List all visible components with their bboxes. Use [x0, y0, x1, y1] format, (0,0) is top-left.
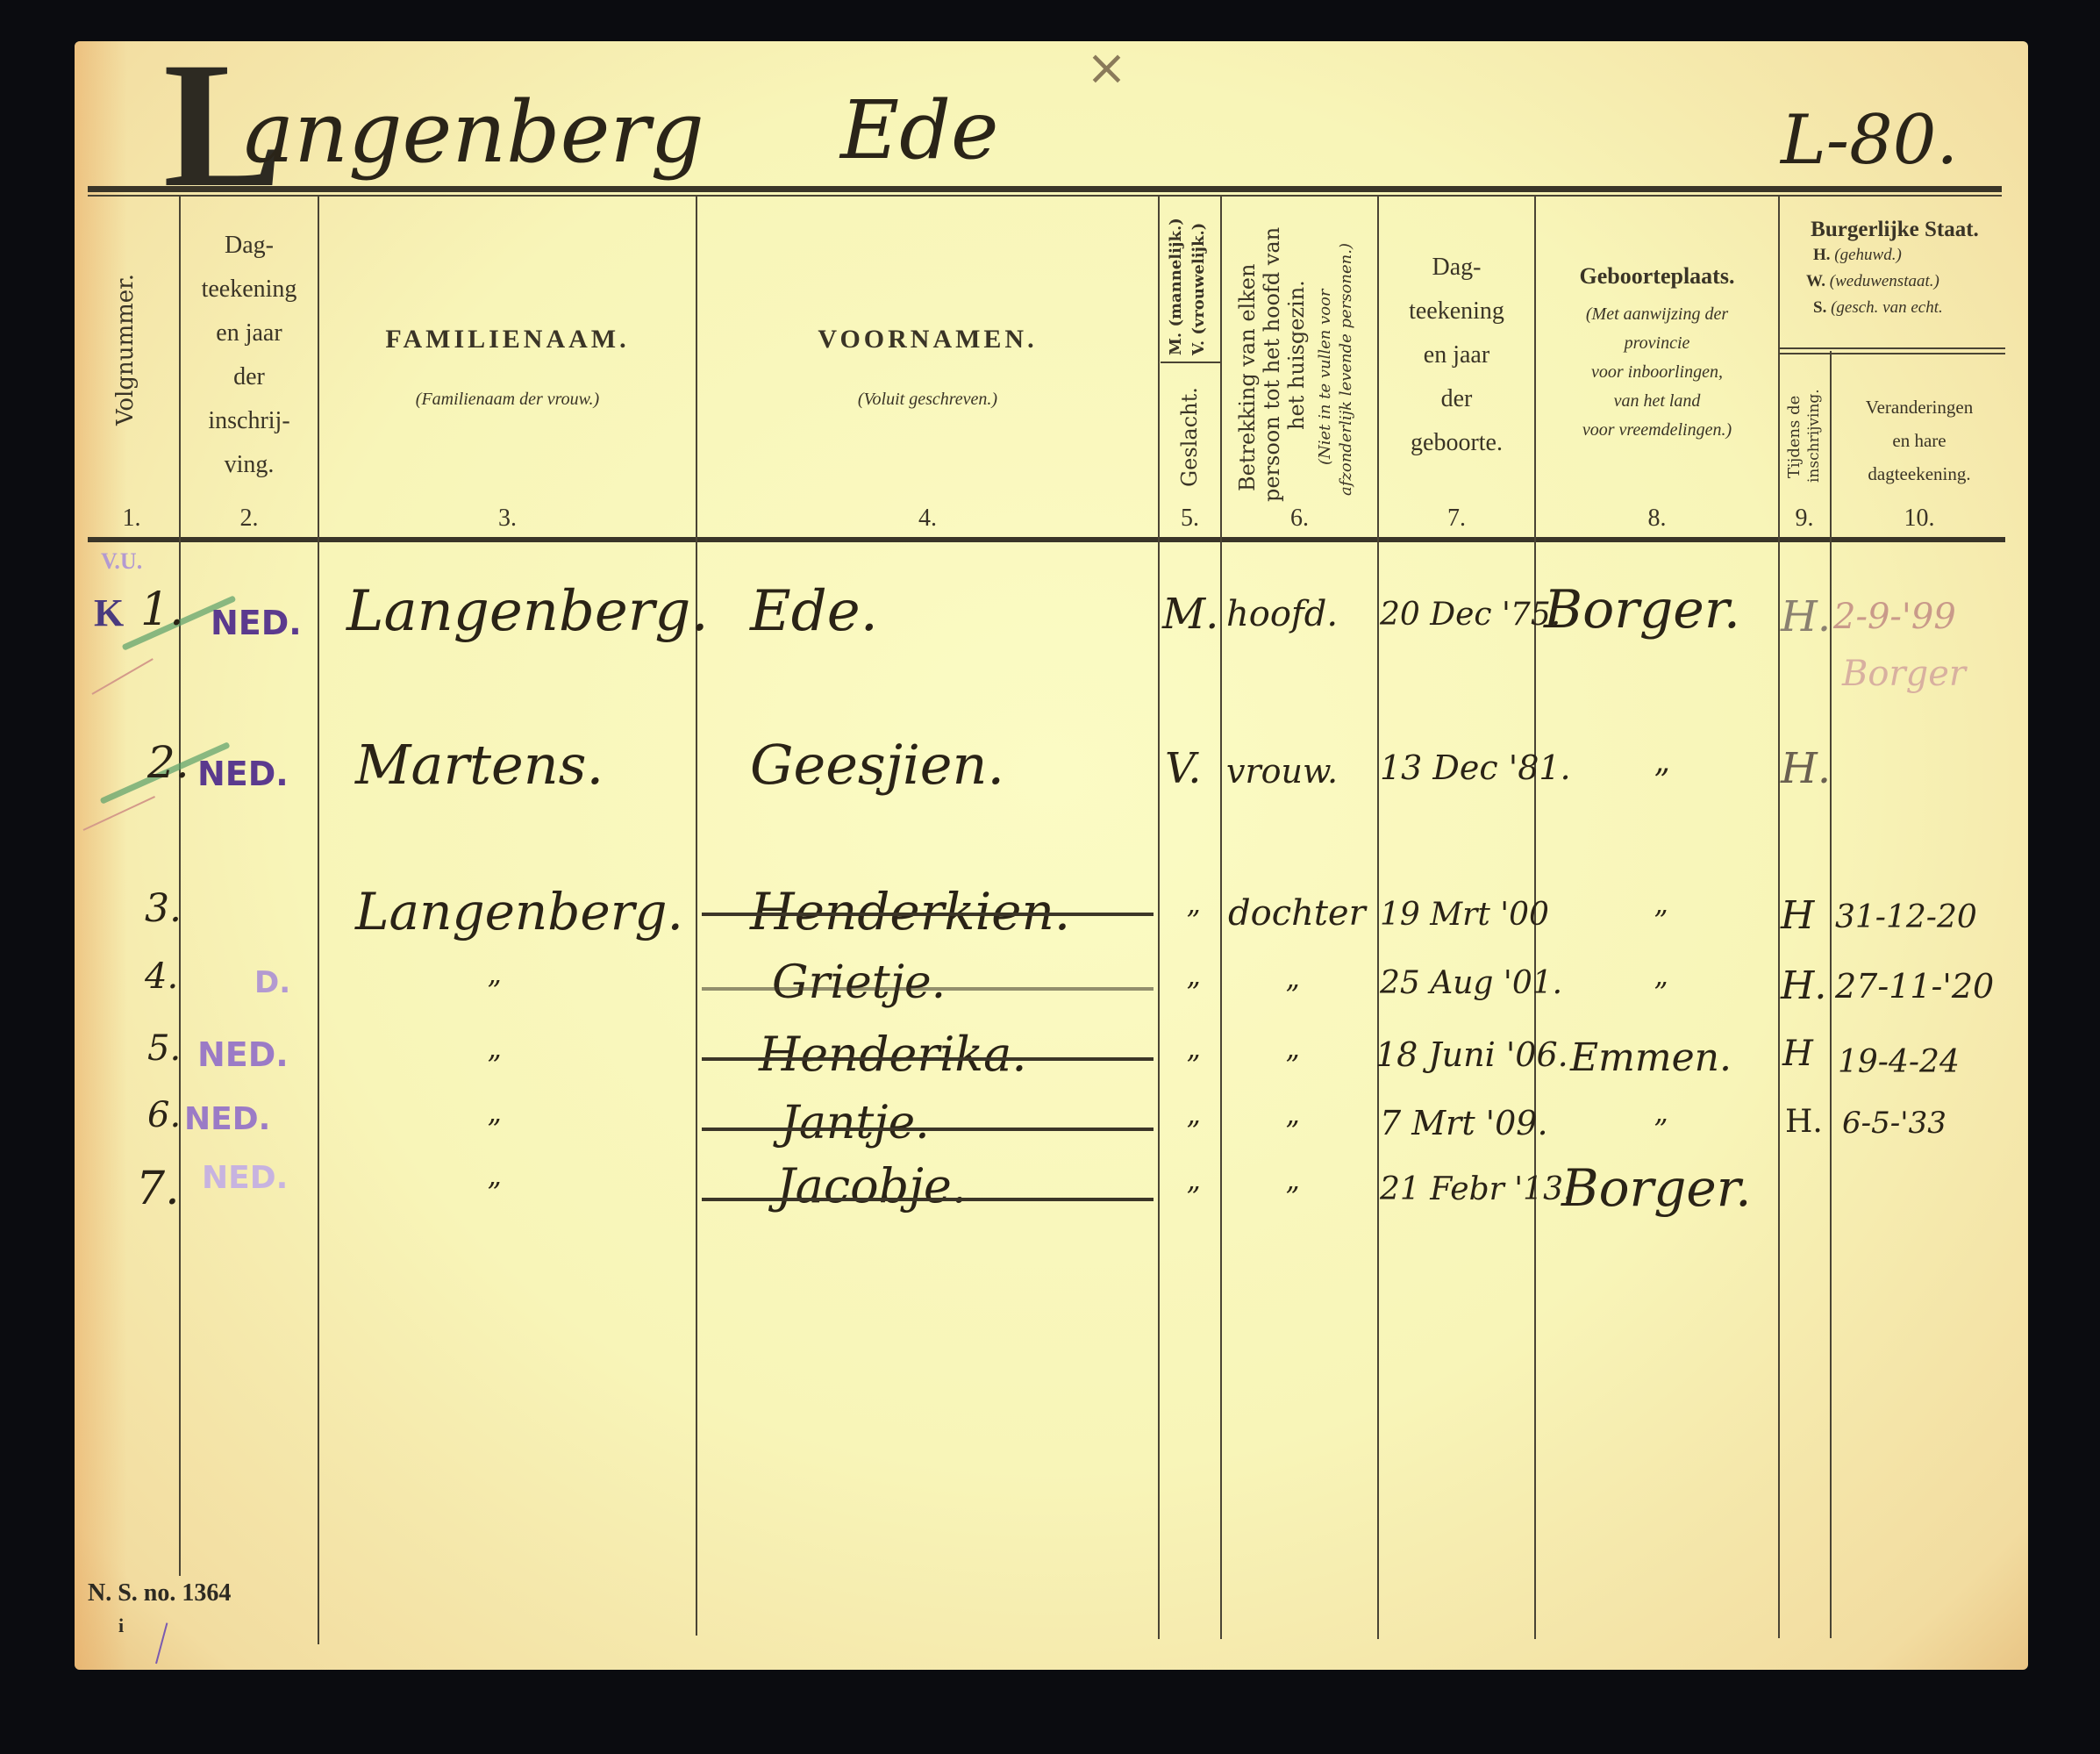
- row-5-stamp: NED.: [197, 1035, 289, 1074]
- header-line: Veranderingen: [1832, 390, 2007, 424]
- row-6-number: 6.: [147, 1095, 181, 1135]
- legend-w: W. (weduwenstaat.): [1780, 268, 2010, 295]
- header-line: dagteekening.: [1832, 457, 2007, 490]
- row-4-status: H.: [1781, 963, 1826, 1008]
- vu-mark: V.U.: [101, 548, 142, 575]
- legend-s: S. (gesch. van echt.: [1780, 295, 2010, 321]
- header-sub: van het land: [1536, 387, 1778, 416]
- row-3-changes: 31-12-20: [1835, 899, 1977, 935]
- form-number: N. S. no. 1364: [88, 1579, 231, 1607]
- row-3-status: H: [1781, 893, 1814, 938]
- header-familienaam: FAMILIENAAM. (Familienaam der vrouw.): [319, 325, 696, 410]
- row-6-changes: 6-5-'33: [1842, 1106, 1946, 1141]
- row-7-relation: ”: [1285, 1180, 1299, 1213]
- row-3-strikethrough: [702, 913, 1154, 916]
- column-number: 1.: [114, 505, 149, 533]
- row-1-number: 1.: [140, 583, 184, 636]
- status-subrule: [1780, 353, 2005, 354]
- title-surname: angenberg: [244, 83, 704, 182]
- row-7-birth: 21 Febr '13.: [1380, 1171, 1573, 1207]
- row-5-family: ”: [487, 1049, 501, 1082]
- column-divider: [696, 197, 697, 1636]
- row-5-birth: 18 Juni '06.: [1375, 1035, 1568, 1074]
- row-4-stamp: D.: [254, 965, 290, 1000]
- row-2-family: Martens.: [355, 733, 604, 797]
- column-divider: [1778, 197, 1780, 1638]
- row-3-sex: ”: [1186, 904, 1200, 937]
- header-geslacht: Geslacht.: [1177, 387, 1202, 487]
- row-7-place: Borger.: [1561, 1158, 1752, 1218]
- header-sub: (Voluit geschreven.): [697, 390, 1158, 410]
- header-line: en jaar: [1379, 333, 1534, 377]
- row-4-birth: 25 Aug '01.: [1380, 965, 1562, 1001]
- row-4-changes: 27-11-'20: [1835, 967, 1994, 1006]
- column-number: 7.: [1379, 505, 1534, 533]
- header-line: en jaar: [181, 311, 318, 355]
- header-sub: voor vreemdelingen.): [1536, 416, 1778, 445]
- header-legend-v: V. (vrouwelijk.): [1189, 223, 1208, 355]
- row-5-number: 5.: [147, 1028, 181, 1069]
- legend-text: (gesch. van echt.: [1831, 298, 1943, 317]
- header-line: teekening: [181, 268, 318, 311]
- status-subrule: [1780, 347, 2005, 349]
- column-number: 8.: [1536, 505, 1778, 533]
- header-line: teekening: [1379, 290, 1534, 333]
- row-4-sex: ”: [1186, 976, 1200, 1009]
- row-7-strikethrough: [702, 1198, 1154, 1201]
- header-voornamen: VOORNAMEN. (Voluit geschreven.): [697, 325, 1158, 410]
- column-divider: [1158, 197, 1160, 1639]
- row-1-status: H.: [1781, 592, 1831, 641]
- form-sub: i: [118, 1614, 124, 1637]
- row-1-place: Borger.: [1544, 579, 1740, 641]
- header-label: FAMILIENAAM.: [319, 325, 696, 354]
- header-line: geboorte.: [1379, 421, 1534, 465]
- top-rule: [88, 186, 2002, 192]
- legend-text: (gehuwd.): [1834, 246, 1902, 264]
- k-mark: K: [94, 591, 124, 635]
- header-at-registration-2: inschrijving.: [1805, 389, 1823, 483]
- column-number: 6.: [1222, 505, 1377, 533]
- column-number: 9.: [1779, 505, 1830, 533]
- row-6-stamp: NED.: [184, 1101, 270, 1137]
- row-5-sex: ”: [1186, 1049, 1200, 1082]
- row-3-relation: dochter: [1228, 893, 1366, 934]
- row-4-number: 4.: [145, 956, 178, 997]
- column-number: 5.: [1160, 505, 1220, 533]
- row-1-relation: hoofd.: [1226, 594, 1338, 634]
- row-1-changes-note: Borger: [1842, 654, 1966, 694]
- row-4-place: ”: [1654, 976, 1668, 1009]
- row-1-family: Langenberg.: [346, 579, 709, 644]
- pencil-x-mark-icon: ×: [1086, 39, 1127, 97]
- row-7-sex: ”: [1186, 1180, 1200, 1213]
- header-civil-status: Burgerlijke Staat. H. (gehuwd.) W. (wedu…: [1780, 218, 2010, 321]
- row-5-strikethrough: [702, 1057, 1154, 1061]
- gender-subrule: [1161, 362, 1220, 363]
- row-1-changes: 2-9-'99: [1833, 597, 1956, 637]
- header-registration-date: Dag- teekening en jaar der inschrij- vin…: [181, 224, 318, 487]
- row-4-strikethrough: [702, 987, 1154, 991]
- row-7-number: 7.: [136, 1163, 180, 1215]
- row-2-sex: V.: [1165, 744, 1202, 793]
- header-label: Burgerlijke Staat.: [1780, 218, 2010, 242]
- row-2-number: 2.: [147, 737, 189, 788]
- row-7-family: ”: [487, 1176, 501, 1209]
- row-6-place: ”: [1654, 1113, 1668, 1146]
- header-label: Geboorteplaats.: [1536, 263, 1778, 290]
- row-5-place: Emmen.: [1570, 1035, 1732, 1080]
- header-relation-note1: (Niet in te vullen voor: [1316, 289, 1334, 465]
- row-2-stamp: NED.: [197, 755, 289, 793]
- row-4-family: ”: [487, 974, 501, 1007]
- row-4-given: Grietje.: [772, 956, 946, 1009]
- column-divider: [1220, 197, 1222, 1639]
- row-6-relation: ”: [1285, 1114, 1299, 1148]
- column-number: 10.: [1832, 505, 2007, 533]
- header-relation-line3: het huisgezin.: [1284, 280, 1309, 430]
- row-3-given: Henderkien.: [750, 882, 1070, 941]
- header-line: Dag-: [181, 224, 318, 268]
- header-legend-m: M. (mannelijk.): [1167, 218, 1185, 355]
- reference-number: L-80.: [1781, 101, 1958, 180]
- row-3-family: Langenberg.: [355, 882, 683, 941]
- header-bottom-rule: [88, 537, 2005, 542]
- row-6-sex: ”: [1186, 1114, 1200, 1148]
- column-number: 2.: [181, 505, 318, 533]
- row-6-birth: 7 Mrt '09.: [1380, 1104, 1548, 1142]
- row-2-status: H.: [1781, 744, 1831, 793]
- header-line: der: [181, 355, 318, 399]
- row-2-relation: vrouw.: [1226, 752, 1338, 791]
- row-1-given: Ede.: [750, 579, 878, 644]
- row-5-relation: ”: [1285, 1049, 1299, 1082]
- header-changes: Veranderingen en hare dagteekening.: [1832, 390, 2007, 490]
- title-given-name: Ede: [840, 83, 999, 177]
- row-2-birth: 13 Dec '81.: [1380, 748, 1571, 787]
- row-2-given: Geesjien.: [750, 733, 1004, 797]
- row-7-stamp: NED.: [202, 1160, 288, 1196]
- row-2-place: ”: [1654, 763, 1669, 799]
- top-rule-thin: [88, 195, 2002, 197]
- row-5-status: H: [1782, 1034, 1813, 1074]
- row-3-birth: 19 Mrt '00: [1380, 897, 1549, 933]
- header-sub: voor inboorlingen,: [1536, 358, 1778, 387]
- column-divider: [318, 197, 319, 1644]
- header-at-registration-1: Tijdens de: [1785, 396, 1804, 478]
- row-4-relation: ”: [1285, 978, 1299, 1012]
- row-6-family: ”: [487, 1113, 501, 1146]
- row-6-status: H.: [1785, 1104, 1823, 1140]
- row-6-strikethrough: [702, 1128, 1154, 1131]
- row-3-number: 3.: [145, 886, 182, 931]
- header-birth-date: Dag- teekening en jaar der geboorte.: [1379, 246, 1534, 465]
- header-volgnummer: Volgnummer.: [112, 274, 139, 426]
- header-line: en hare: [1832, 424, 2007, 457]
- header-sub: provincie: [1536, 329, 1778, 358]
- row-1-sex: M.: [1162, 590, 1218, 639]
- header-label: VOORNAMEN.: [697, 325, 1158, 354]
- legend-h: H. (gehuwd.): [1780, 242, 2010, 268]
- header-relation-line1: Betrekking van elken: [1235, 264, 1260, 491]
- header-line: ving.: [181, 443, 318, 487]
- header-line: Dag-: [1379, 246, 1534, 290]
- header-line: der: [1379, 377, 1534, 421]
- legend-text: (weduwenstaat.): [1830, 272, 1939, 290]
- row-3-place: ”: [1654, 904, 1668, 937]
- row-1-birth: 20 Dec '75.: [1380, 597, 1561, 633]
- legend-code: H.: [1813, 246, 1831, 264]
- row-5-changes: 19-4-24: [1838, 1044, 1960, 1080]
- header-relation-note2: afzonderlijk levende personen.): [1337, 243, 1355, 496]
- row-6-given: Jantje.: [781, 1097, 930, 1149]
- row-1-stamp: NED.: [211, 604, 302, 642]
- header-relation-line2: persoon tot het hoofd van: [1260, 227, 1284, 502]
- row-5-given: Henderika.: [759, 1027, 1027, 1082]
- column-number: 4.: [697, 505, 1158, 533]
- header-sub: (Met aanwijzing der: [1536, 300, 1778, 329]
- legend-code: W.: [1806, 272, 1825, 290]
- header-sub: (Familienaam der vrouw.): [319, 390, 696, 410]
- header-line: inschrij-: [181, 399, 318, 443]
- header-birthplace: Geboorteplaats. (Met aanwijzing der prov…: [1536, 263, 1778, 445]
- column-divider: [1830, 351, 1832, 1638]
- row-7-given: Jacobje.: [776, 1158, 967, 1213]
- column-number: 3.: [319, 505, 696, 533]
- legend-code: S.: [1813, 298, 1826, 317]
